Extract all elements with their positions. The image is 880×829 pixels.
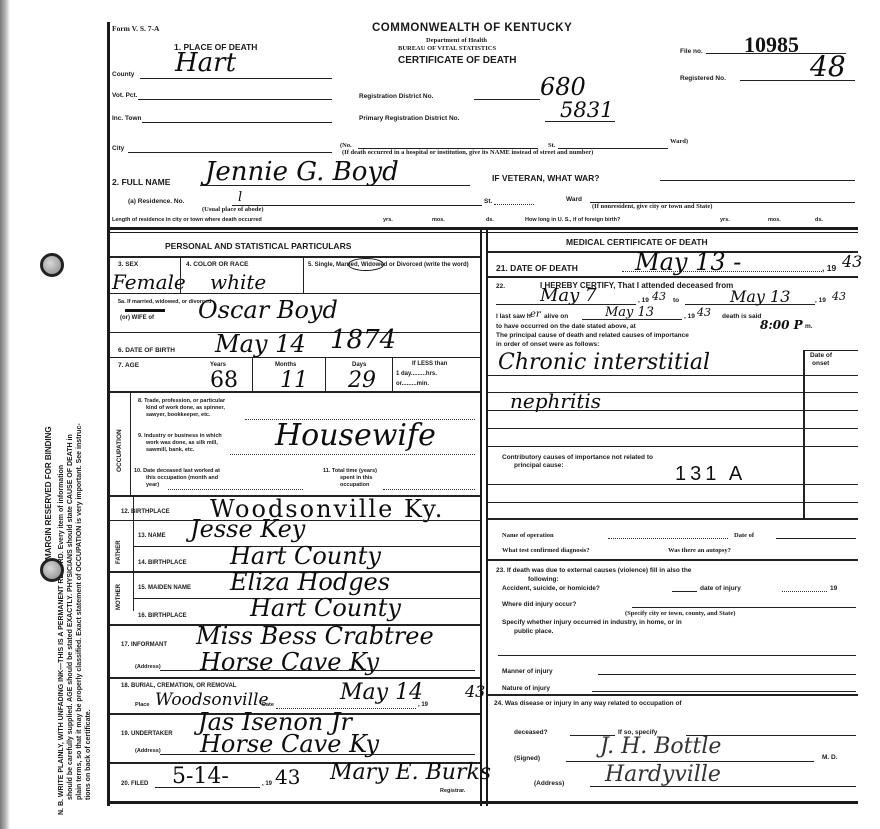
- row-divider: [110, 256, 480, 258]
- reg-district-label: Registration District No.: [359, 93, 433, 100]
- last-worked-label-2: this occupation (month and: [146, 475, 218, 481]
- attended-to-year: 43: [832, 290, 846, 303]
- time-of-death: 8:00 P: [760, 318, 803, 332]
- external-causes-2: following:: [528, 576, 559, 583]
- md-suffix: M. D.: [822, 754, 838, 761]
- specify-line: [498, 655, 856, 656]
- reg-district-value: 680: [540, 73, 586, 101]
- physician-address-value: Hardyville: [605, 762, 721, 787]
- scan-edge-shadow: [0, 0, 10, 829]
- residence-line: [232, 205, 482, 206]
- death-said-label: death is said: [722, 313, 761, 320]
- accident-label: Accident, suicide, or homicide?: [502, 585, 600, 592]
- date-of-death-label: 21. DATE OF DEATH: [496, 263, 578, 273]
- form-left-border: [107, 22, 110, 806]
- last-saw-suffix: alive on: [544, 313, 568, 320]
- industry-label-1: 9. Industry or business in which: [138, 433, 222, 439]
- burial-date-value: May 14: [340, 680, 423, 705]
- vot-pct-label: Vot. Pct.: [112, 92, 138, 99]
- attended-from-value: May 7: [540, 285, 597, 306]
- father-name-value: Jesse Key: [190, 515, 305, 543]
- specify-text-1: Specify whether injury occurred in indus…: [502, 619, 682, 626]
- length-yrs: yrs.: [383, 217, 393, 223]
- principal-cause-1: Chronic interstitial: [498, 350, 710, 375]
- industry-label-2: work was done, as silk mill,: [146, 440, 218, 446]
- deceased-label: deceased?: [514, 729, 548, 736]
- foreign-ds: ds.: [815, 217, 823, 223]
- cell-divider: [325, 357, 326, 391]
- filed-year-prefix: , 19: [262, 781, 272, 787]
- contributory-label-2: principal cause:: [514, 462, 564, 469]
- mother-birthplace-label: 16. BIRTHPLACE: [138, 613, 187, 619]
- mother-maiden-label: 15. MAIDEN NAME: [138, 585, 191, 591]
- nature-label: Nature of injury: [502, 685, 550, 692]
- cause-line: [488, 446, 858, 447]
- binding-margin-note: MARGIN RESERVED FOR BINDING: [44, 426, 53, 560]
- operation-date-line: [776, 538, 856, 539]
- where-note: (Specify city or town, county, and State…: [625, 610, 735, 617]
- residence-ward-label: Ward: [566, 196, 582, 203]
- principal-cause-text-2: in order of onset were as follows:: [496, 341, 599, 348]
- burial-label: 18. BURIAL, CREMATION, OR REMOVAL: [121, 683, 236, 689]
- age-label: 7. AGE: [118, 362, 139, 369]
- punch-hole-top: [40, 253, 64, 277]
- spouse-value: Oscar Boyd: [198, 296, 338, 324]
- attended-to-value: May 13: [730, 287, 790, 306]
- manner-label: Manner of injury: [502, 668, 553, 675]
- father-birthplace-label: 14. BIRTHPLACE: [138, 560, 187, 566]
- cell-divider: [392, 357, 393, 391]
- foreign-mos: mos.: [768, 217, 781, 223]
- m-suffix: m.: [805, 323, 813, 330]
- husband-strike: [125, 309, 165, 312]
- length-residence-label: Length of residence in city or town wher…: [112, 217, 262, 223]
- file-no-label: File no.: [680, 48, 703, 55]
- nature-line: [592, 691, 856, 692]
- physician-address-label: (Address): [534, 780, 564, 787]
- occupation-value: Housewife: [275, 418, 436, 453]
- state-heading: COMMONWEALTH OF KENTUCKY: [372, 22, 572, 34]
- registrar-signature: Mary E. Burks: [330, 760, 491, 785]
- operation-line: [608, 538, 728, 539]
- personal-section-title: PERSONAL AND STATISTICAL PARTICULARS: [165, 241, 351, 251]
- header-divider-thin: [110, 232, 858, 233]
- last-saw-year: 43: [697, 306, 711, 319]
- county-field-line: [140, 78, 332, 79]
- mother-maiden-value: Eliza Hodges: [230, 568, 390, 596]
- cause-line: [488, 375, 858, 376]
- length-ds: ds.: [486, 217, 494, 223]
- registrar-label: Registrar.: [440, 788, 465, 794]
- county-label: County: [112, 71, 134, 78]
- cell-divider: [252, 357, 253, 391]
- signed-label: (Signed): [514, 755, 540, 762]
- birthplace-label: 12. BIRTHPLACE: [121, 509, 170, 515]
- autopsy-label: Was there an autopsy?: [668, 547, 731, 554]
- residence-st-label: St.: [484, 198, 492, 205]
- item-22-number: 22.: [496, 283, 505, 290]
- medical-section-title: MEDICAL CERTIFICATE OF DEATH: [566, 237, 708, 247]
- county-value: Hart: [175, 48, 236, 78]
- sex-value: Female: [112, 270, 186, 294]
- foreign-yrs: yrs.: [720, 217, 730, 223]
- file-no-value: 10985: [744, 32, 799, 58]
- informant-value: Miss Bess Crabtree: [196, 622, 434, 650]
- date-of-death-year: 43: [842, 252, 862, 271]
- row-divider: [110, 677, 480, 679]
- vot-pct-field-line: [138, 99, 332, 100]
- residence-st-line: [494, 204, 534, 205]
- principal-cause-text-1: The principal cause of death and related…: [496, 332, 689, 339]
- inc-town-label: Inc. Town: [112, 115, 142, 122]
- row-divider: [488, 694, 858, 696]
- row-divider: [110, 391, 480, 393]
- trade-label-2: kind of work done, as spinner,: [146, 405, 225, 411]
- row-divider: [110, 357, 480, 358]
- cell-divider: [180, 257, 181, 293]
- abode-note: (Usual place of abode): [202, 206, 264, 213]
- mother-birthplace-value: Hart County: [250, 594, 401, 622]
- instructions-line-3: plain terms, so that it may be properly …: [76, 423, 83, 800]
- last-saw-date: May 13: [605, 305, 654, 320]
- primary-reg-district-value: 5831: [560, 98, 613, 122]
- occurred-text: to have occurred on the date stated abov…: [496, 323, 636, 330]
- where-line: [632, 607, 856, 608]
- contributory-code: 131 A: [675, 463, 746, 486]
- total-time-label-3: occupation: [340, 482, 369, 488]
- primary-reg-district-label: Primary Registration District No.: [359, 115, 459, 122]
- city-label: City: [112, 145, 124, 152]
- undertaker-address-value: Horse Cave Ky: [200, 730, 379, 758]
- last-saw-label: I last saw h: [496, 313, 531, 320]
- foreign-birth-label: How long in U. S., if of foreign birth?: [525, 217, 620, 223]
- burial-year-value: 43: [465, 682, 485, 701]
- registered-no-value: 48: [810, 50, 846, 83]
- inc-town-field-line: [142, 122, 332, 123]
- full-name-label: 2. FULL NAME: [112, 177, 170, 187]
- burial-place-label: Place: [135, 702, 149, 708]
- residence-no-value: l: [238, 190, 242, 205]
- reg-district-line: [474, 99, 540, 100]
- injury-date-line: [782, 591, 827, 592]
- city-ward-label: Ward): [670, 138, 688, 145]
- city-st-label: St.: [548, 142, 555, 149]
- row-divider: [110, 293, 480, 294]
- to-label: to: [673, 297, 679, 304]
- informant-address-label: (Address): [135, 664, 161, 670]
- less-than-min: or.........min.: [396, 381, 429, 387]
- race-label: 4. COLOR OR RACE: [186, 261, 248, 268]
- contributory-label-1: Contributory causes of importance not re…: [502, 454, 653, 461]
- filed-year-value: 43: [275, 765, 300, 789]
- punch-hole-bottom: [40, 558, 64, 582]
- date-of-onset-label-2: onset: [812, 360, 829, 367]
- row-divider: [488, 559, 858, 561]
- informant-address-value: Horse Cave Ky: [200, 648, 379, 676]
- father-side-label: FATHER: [116, 540, 122, 564]
- form-number: Form V. S. 7-A: [112, 24, 159, 33]
- veteran-line: [660, 180, 855, 181]
- sex-label: 3. SEX: [118, 261, 138, 268]
- age-months-value: 11: [280, 368, 308, 393]
- industry-label-3: sawmill, bank, etc.: [146, 447, 194, 453]
- residence-label: (a) Residence. No.: [128, 198, 184, 205]
- injury-date-label: date of injury: [700, 585, 741, 592]
- mother-side-label: MOTHER: [116, 584, 122, 610]
- veteran-label: IF VETERAN, WHAT WAR?: [492, 173, 600, 183]
- certificate-title: CERTIFICATE OF DEATH: [398, 55, 517, 66]
- industry-line: [230, 454, 475, 455]
- last-saw-her: er: [530, 309, 541, 320]
- father-name-label: 13. NAME: [138, 533, 166, 539]
- filed-label: 20. FILED: [121, 781, 148, 787]
- occupation-related-text: 24. Was disease or injury in any way rel…: [494, 700, 682, 707]
- physician-signature: J. H. Bottle: [600, 734, 721, 759]
- instructions-line-4: tions on back of certificate.: [85, 709, 92, 800]
- cause-line: [488, 484, 858, 485]
- cause-line: [488, 518, 858, 520]
- operation-date-label: Date of: [734, 532, 754, 539]
- undertaker-label: 19. UNDERTAKER: [121, 731, 173, 737]
- total-time-line: [383, 489, 475, 490]
- dob-year: 1874: [330, 325, 396, 355]
- less-than-hrs: 1 day.........hrs.: [396, 371, 437, 377]
- trade-label-3: sawyer, bookkeeper, etc.: [146, 412, 211, 418]
- age-days-value: 29: [348, 368, 376, 393]
- cause-line: [488, 410, 858, 411]
- father-birthplace-value: Hart County: [230, 542, 381, 570]
- hospital-note: (If death occurred in a hospital or inst…: [342, 149, 593, 156]
- full-name-value: Jennie G. Boyd: [205, 157, 399, 187]
- marital-label: 5. Single, Married, Widowed or Divorced …: [308, 261, 473, 269]
- total-time-label-2: spent in this: [340, 475, 372, 481]
- length-mos: mos.: [432, 217, 445, 223]
- operation-label: Name of operation: [502, 532, 554, 539]
- attended-from-year-prefix: , 19: [638, 297, 649, 304]
- date-of-onset-label-1: Date of: [810, 352, 832, 359]
- test-label: What test confirmed diagnosis?: [502, 547, 590, 554]
- race-value: white: [210, 270, 266, 294]
- filed-date-value: 5-14-: [172, 764, 229, 789]
- cause-line: [488, 502, 858, 503]
- last-saw-year-prefix: , 19: [684, 313, 695, 320]
- row-divider: [488, 276, 858, 278]
- dob-label: 6. DATE OF BIRTH: [118, 347, 175, 354]
- burial-place-value: Woodsonville: [155, 690, 269, 710]
- accident-line: [672, 591, 697, 592]
- instructions-line-2: should be carefully supplied. AGE should…: [67, 434, 74, 800]
- marital-circle-mark: [348, 258, 384, 271]
- date-of-death-year-prefix: , 19: [822, 263, 836, 273]
- last-worked-label-3: year): [146, 482, 159, 488]
- occupation-side-label: OCCUPATION: [116, 429, 123, 472]
- registered-no-label: Registered No.: [680, 75, 726, 82]
- undertaker-address-label: (Address): [135, 748, 161, 754]
- onset-top-line: [803, 350, 858, 351]
- burial-year-prefix: , 19: [418, 702, 428, 708]
- manner-line: [598, 674, 856, 675]
- last-worked-label-1: 10. Date deceased last worked at: [134, 468, 220, 474]
- instructions-line-1: N. B. WRITE PLAINLY, WITH UNFADING INK—T…: [58, 465, 65, 815]
- age-years-value: 68: [210, 368, 238, 393]
- attended-from-year: 43: [652, 290, 666, 303]
- city-no-label: (No.: [340, 142, 352, 149]
- city-field-line: [128, 152, 332, 153]
- informant-label: 17. INFORMANT: [121, 642, 167, 648]
- header-divider: [110, 227, 858, 230]
- spouse-label-2: (or) WIFE of: [120, 315, 154, 321]
- less-than-label: If LESS than: [412, 361, 447, 367]
- cell-divider: [303, 257, 304, 293]
- occupation-side-divider: [130, 393, 131, 495]
- nonresident-note: (If nonresident, give city or town and S…: [592, 203, 712, 210]
- cause-line: [488, 392, 858, 393]
- center-divider-left: [480, 230, 482, 806]
- total-time-label-1: 11. Total time (years): [323, 468, 377, 474]
- injury-year-prefix: 19: [830, 585, 837, 592]
- form-bottom-border: [110, 801, 858, 804]
- bureau-heading: BUREAU OF VITAL STATISTICS: [398, 45, 496, 52]
- where-label: Where did injury occur?: [502, 601, 576, 608]
- trade-label-1: 8. Trade, profession, or particular: [138, 398, 225, 404]
- department-heading: Department of Health: [426, 37, 487, 44]
- dob-month-day: May 14: [215, 330, 306, 358]
- cause-line: [488, 428, 858, 429]
- external-causes-1: 23. If death was due to external causes …: [496, 567, 691, 574]
- date-of-death-value: May 13 -: [635, 248, 741, 276]
- attended-to-year-prefix: , 19: [815, 297, 826, 304]
- specify-text-2: public place.: [514, 628, 553, 635]
- last-worked-line: [168, 489, 303, 490]
